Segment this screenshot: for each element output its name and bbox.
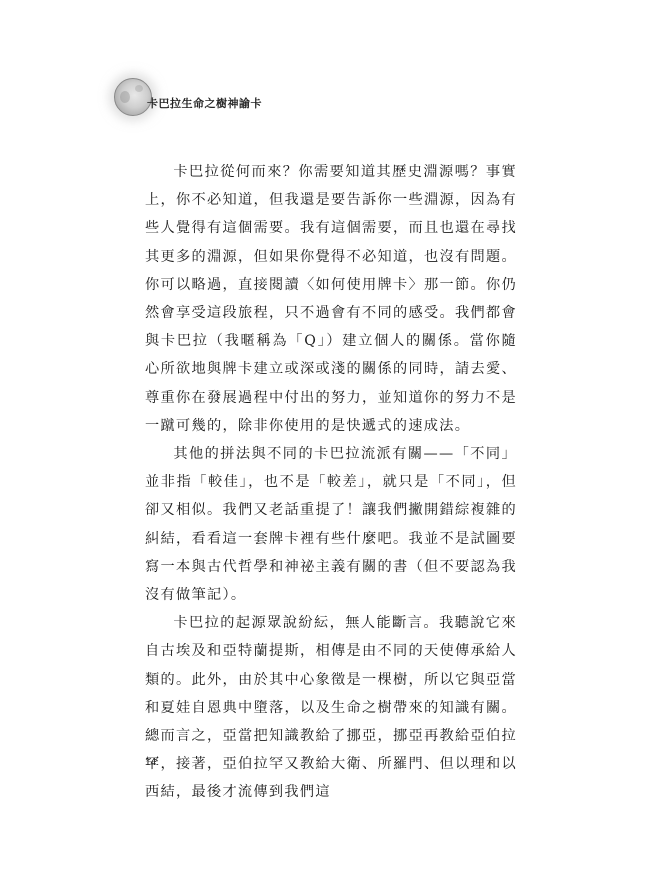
book-title: 卡巴拉生命之樹神諭卡 xyxy=(147,95,262,111)
body-text: 卡巴拉從何而來？你需要知道其歷史淵源嗎？事實上，你不必知道，但我還是要告訴你一些… xyxy=(145,158,517,807)
page-number: 14 xyxy=(145,757,156,768)
paragraph: 其他的拼法與不同的卡巴拉流派有關——「不同」並非指「較佳」，也不是「較差」，就只… xyxy=(145,440,517,609)
paragraph: 卡巴拉的起源眾說紛紜，無人能斷言。我聽說它來自古埃及和亞特蘭提斯，相傳是由不同的… xyxy=(145,609,517,806)
paragraph: 卡巴拉從何而來？你需要知道其歷史淵源嗎？事實上，你不必知道，但我還是要告訴你一些… xyxy=(145,158,517,440)
